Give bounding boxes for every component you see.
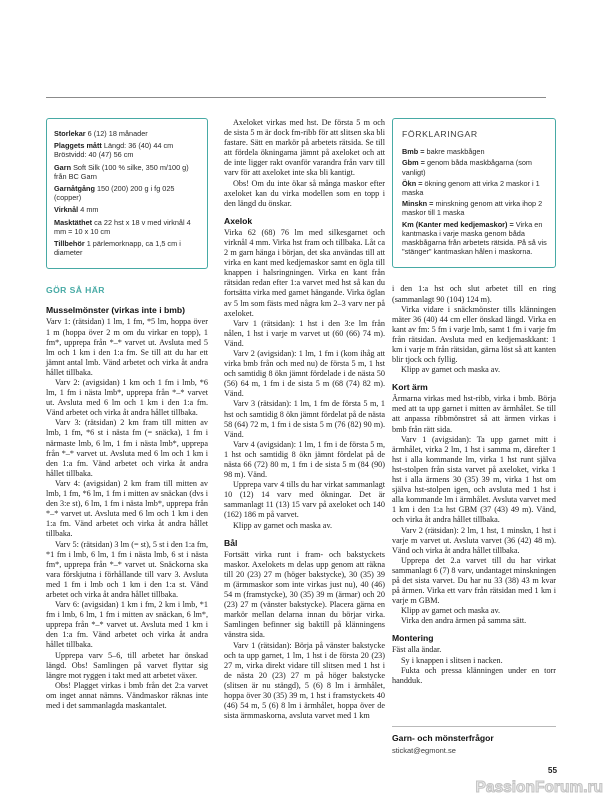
explain-item: Bmb = bakre maskbågen xyxy=(402,147,547,156)
paragraph: Varv 2 (avigsidan): 1 lm, 1 fm i (kom ih… xyxy=(224,349,385,399)
paragraph: Klipp av garnet och maska av. xyxy=(392,365,556,375)
explain-item: Ökn = ökning genom att virka 2 maskor i … xyxy=(402,179,547,197)
paragraph: Ärmarna virkas med hst-ribb, virka i bmb… xyxy=(392,394,556,434)
explain-term: Ökn = xyxy=(402,179,422,188)
paragraph: Upprepa varv 4 tills du har virkat samma… xyxy=(224,480,385,520)
explain-term: Bmb = xyxy=(402,147,425,156)
paragraph: Varv 4 (avigsidan): 1 lm, 1 fm i de förs… xyxy=(224,440,385,480)
watermark: PassionForum.ru xyxy=(476,779,603,797)
heading-musselmonster: Musselmönster (virkas inte i bmb) xyxy=(46,305,208,315)
info-label: Garnåtgång xyxy=(54,184,95,193)
info-value: 4 mm xyxy=(80,205,98,214)
explain-item: Km (Kanter med kedjemaskor) = Virka en k… xyxy=(402,220,547,257)
paragraph: Axeloket virkas med hst. De första 5 m o… xyxy=(224,118,385,179)
info-value: 6 (12) 18 månader xyxy=(88,129,148,138)
paragraph: Upprepa det 2.a varvet till du har virka… xyxy=(392,556,556,606)
heading-kort-arm: Kort ärm xyxy=(392,382,556,392)
paragraph: Fortsätt virka runt i fram- och bakstyck… xyxy=(224,550,385,641)
paragraph: Varv 4: (avigsidan) 2 km fram till mitte… xyxy=(46,479,208,540)
paragraph: Sy i knappen i slitsen i nacken. xyxy=(392,656,556,666)
paragraph: Varv 5: (rätsidan) 3 lm (= st), 5 st i d… xyxy=(46,540,208,601)
paragraph: Varv 1 (rätsidan): Börja på vänster baks… xyxy=(224,641,385,722)
left-column: Storlekar 6 (12) 18 månader Plaggets måt… xyxy=(46,118,208,711)
paragraph: Varv 1: (rätsidan) 1 lm, 1 fm, *5 lm, ho… xyxy=(46,317,208,378)
footer-email: stickat@egmont.se xyxy=(392,746,556,755)
paragraph: Upprepa varv 5–6, till arbetet har önska… xyxy=(46,651,208,681)
paragraph: Fukta och pressa klänningen under en tor… xyxy=(392,666,556,686)
paragraph: Obs! Plagget virkas i bmb från det 2:a v… xyxy=(46,681,208,711)
info-label: Masktäthet xyxy=(54,218,92,227)
info-label: Storlekar xyxy=(54,129,86,138)
info-label: Garn xyxy=(54,163,71,172)
pattern-info-box: Storlekar 6 (12) 18 månader Plaggets måt… xyxy=(46,118,208,269)
paragraph: Fäst alla ändar. xyxy=(392,645,556,655)
explanations-title: FÖRKLARINGAR xyxy=(402,130,547,139)
info-label: Tillbehör xyxy=(54,239,85,248)
info-label: Plaggets mått xyxy=(54,141,102,150)
paragraph: Varv 6: (avigsidan) 1 km i fm, 2 km i lm… xyxy=(46,600,208,650)
footer-divider xyxy=(392,726,556,727)
info-item: Tillbehör 1 pärlemorknapp, ca 1,5 cm i d… xyxy=(54,239,201,257)
explain-text: ökning genom att virka 2 maskor i 1 mask… xyxy=(402,179,540,197)
info-value: Soft Silk (100 % silke, 350 m/100 g) frå… xyxy=(54,163,189,181)
paragraph: Varv 3: (rätsidan) 2 km fram till mitten… xyxy=(46,418,208,479)
page-number: 55 xyxy=(392,766,557,775)
info-item: Garnåtgång 150 (200) 200 g i fg 025 (cop… xyxy=(54,184,201,202)
paragraph: Varv 3 (rätsidan): 1 lm, 1 fm de första … xyxy=(224,399,385,439)
paragraph: Virka den andra ärmen på samma sätt. xyxy=(392,616,556,626)
top-rule xyxy=(46,97,546,98)
info-item: Masktäthet ca 22 hst x 18 v med virknål … xyxy=(54,218,201,236)
explain-term: Km (Kanter med kedjemaskor) = xyxy=(402,220,514,229)
heading-montering: Montering xyxy=(392,633,556,643)
explain-text: bakre maskbågen xyxy=(427,147,485,156)
explain-item: Minskn = minskning genom att virka ihop … xyxy=(402,199,547,217)
paragraph: i den 1:a hst och slut arbetet till en r… xyxy=(392,284,556,304)
paragraph: Varv 2 (rätsidan): 2 lm, 1 hst, 1 minskn… xyxy=(392,526,556,556)
info-label: Virknål xyxy=(54,205,78,214)
paragraph: Obs! Om du inte ökar så många maskor eft… xyxy=(224,179,385,209)
info-item: Storlekar 6 (12) 18 månader xyxy=(54,129,201,138)
paragraph: Klipp av garnet och maska av. xyxy=(224,521,385,531)
footer-heading: Garn- och mönsterfrågor xyxy=(392,733,556,743)
paragraph: Virka 62 (68) 76 lm med silkesgarnet och… xyxy=(224,228,385,319)
info-item: Plaggets mått Längd: 36 (40) 44 cm Bröst… xyxy=(54,141,201,159)
info-item: Garn Soft Silk (100 % silke, 350 m/100 g… xyxy=(54,163,201,181)
explain-term: Gbm = xyxy=(402,158,425,167)
paragraph: Varv 1 (avigsidan): Ta upp garnet mitt i… xyxy=(392,435,556,526)
magazine-page: Storlekar 6 (12) 18 månader Plaggets måt… xyxy=(0,0,604,800)
heading-axelok: Axelok xyxy=(224,216,385,226)
section-heading-gor-sa-har: GÖR SÅ HÄR xyxy=(46,285,208,295)
paragraph: Klipp av garnet och maska av. xyxy=(392,606,556,616)
heading-bal: Bål xyxy=(224,538,385,548)
paragraph: Varv 1 (rätsidan): 1 hst i den 3:e lm fr… xyxy=(224,319,385,349)
right-column: FÖRKLARINGAR Bmb = bakre maskbågen Gbm =… xyxy=(392,118,556,686)
paragraph: Varv 2: (avigsidan) 1 km och 1 fm i lmb,… xyxy=(46,378,208,418)
explain-term: Minskn = xyxy=(402,199,433,208)
paragraph: Virka vidare i snäckmönster tills klänni… xyxy=(392,305,556,366)
explain-item: Gbm = genom båda maskbågarna (som vanlig… xyxy=(402,158,547,176)
info-item: Virknål 4 mm xyxy=(54,205,201,214)
middle-column: Axeloket virkas med hst. De första 5 m o… xyxy=(224,118,385,721)
explanations-box: FÖRKLARINGAR Bmb = bakre maskbågen Gbm =… xyxy=(392,118,556,268)
